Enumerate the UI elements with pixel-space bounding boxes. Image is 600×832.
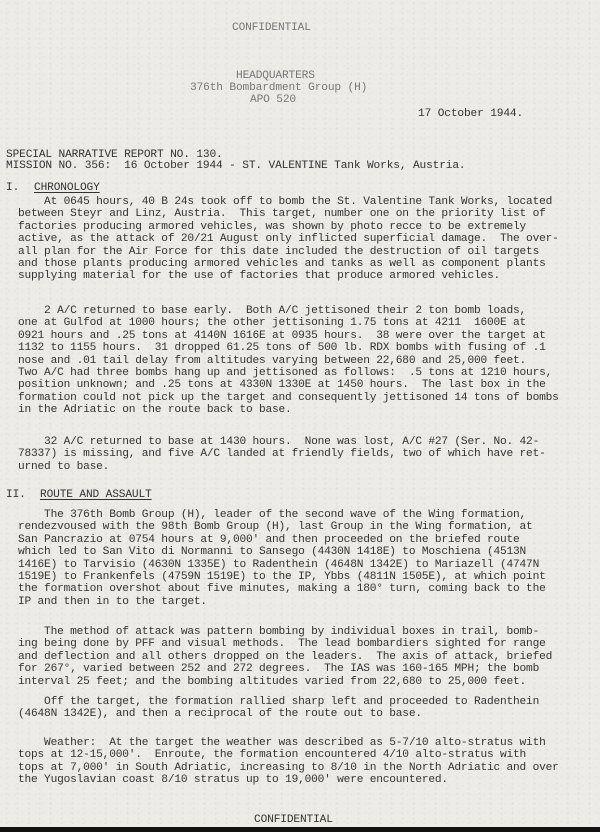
text-line: formation could not pick up the target a… <box>18 392 588 404</box>
section-2-heading: ROUTE AND ASSAULT <box>40 489 152 501</box>
text-line: Two A/C had three bombs hang up and jett… <box>18 367 588 379</box>
section-1-number: I. <box>6 182 19 194</box>
chronology-paragraph-2: 2 A/C returned to base early. Both A/C j… <box>18 305 588 417</box>
text-line: rendezvoused with the 98th Bomb Group (H… <box>18 521 588 533</box>
text-line: (4648N 1342E), and then a reciprocal of … <box>18 708 588 720</box>
classification-top: CONFIDENTIAL <box>232 22 311 34</box>
org-line-3: APO 520 <box>250 94 296 106</box>
text-line: 1519E) to Frankenfels (4759N 1519E) to t… <box>18 571 588 583</box>
text-line: 1132 to 1155 hours. 31 dropped 61.25 ton… <box>18 342 588 354</box>
text-line: San Pancrazio at 0754 hours at 9,000' an… <box>18 534 588 546</box>
chronology-paragraph-3: 32 A/C returned to base at 1430 hours. N… <box>18 436 588 473</box>
text-line: in the Adriatic on the route back to bas… <box>18 404 588 416</box>
text-line: urned to base. <box>18 461 588 473</box>
text-line: 2 A/C returned to base early. Both A/C j… <box>18 305 588 317</box>
text-line: 1416E) to Tarvisio (4630N 1335E) to Rade… <box>18 559 588 571</box>
document-page: CONFIDENTIAL HEADQUARTERS 376th Bombardm… <box>0 0 600 832</box>
text-line: the Yugoslavian coast 8/10 stratus up to… <box>18 774 588 786</box>
route-paragraph-3: Off the target, the formation rallied sh… <box>18 696 588 721</box>
text-line: position unknown; and .25 tons at 4330N … <box>18 379 588 391</box>
text-line: tops at 12-15,000'. Enroute, the formati… <box>18 749 588 761</box>
text-line: ing being done by PFF and visual methods… <box>18 638 588 650</box>
text-line: and those plants producing armored vehic… <box>18 258 588 270</box>
text-line: tops at 7,000' in South Adriatic, increa… <box>18 762 588 774</box>
text-line: 78337) is missing, and five A/C landed a… <box>18 448 588 460</box>
text-line: which led to San Vito di Normanni to San… <box>18 546 588 558</box>
text-line: Weather: At the target the weather was d… <box>18 737 588 749</box>
text-line: 0921 hours and .25 tons at 4140N 1616E a… <box>18 330 588 342</box>
document-date: 17 October 1944. <box>418 108 523 120</box>
text-line: nose and .01 tail delay from altitudes v… <box>18 355 588 367</box>
text-line: 32 A/C returned to base at 1430 hours. N… <box>18 436 588 448</box>
text-line: Off the target, the formation rallied sh… <box>18 696 588 708</box>
text-line: and deflection and all others dropped on… <box>18 651 588 663</box>
classification-bottom: CONFIDENTIAL <box>254 814 333 826</box>
text-line: The 376th Bomb Group (H), leader of the … <box>18 509 588 521</box>
section-1-heading: CHRONOLOGY <box>34 182 100 194</box>
text-line: supplying material for the use of factor… <box>18 270 588 282</box>
text-line: At 0645 hours, 40 B 24s took off to bomb… <box>18 196 588 208</box>
scan-edge-bar <box>0 827 600 832</box>
text-line: factories producing armored vehicles, wa… <box>18 221 588 233</box>
text-line: active, as the attack of 20/21 August on… <box>18 233 588 245</box>
text-line: one at Gulfod at 1000 hours; the other j… <box>18 317 588 329</box>
weather-paragraph: Weather: At the target the weather was d… <box>18 737 588 787</box>
org-line-2: 376th Bombardment Group (H) <box>190 82 367 94</box>
org-line-1: HEADQUARTERS <box>236 70 315 82</box>
section-2-number: II. <box>6 489 26 501</box>
text-line: The method of attack was pattern bombing… <box>18 626 588 638</box>
mission-title: MISSION NO. 356: 16 October 1944 - ST. V… <box>6 160 465 172</box>
text-line: all plan for the Air Force for this date… <box>18 246 588 258</box>
text-line: IP and then in to the target. <box>18 596 588 608</box>
route-paragraph-2: The method of attack was pattern bombing… <box>18 626 588 688</box>
route-paragraph-1: The 376th Bomb Group (H), leader of the … <box>18 509 588 608</box>
chronology-paragraph-1: At 0645 hours, 40 B 24s took off to bomb… <box>18 196 588 283</box>
text-line: interval 25 feet; and the bombing altitu… <box>18 676 588 688</box>
text-line: the formation overshot about five minute… <box>18 583 588 595</box>
text-line: for 267°, varied between 252 and 272 deg… <box>18 663 588 675</box>
text-line: between Steyr and Linz, Austria. This ta… <box>18 208 588 220</box>
